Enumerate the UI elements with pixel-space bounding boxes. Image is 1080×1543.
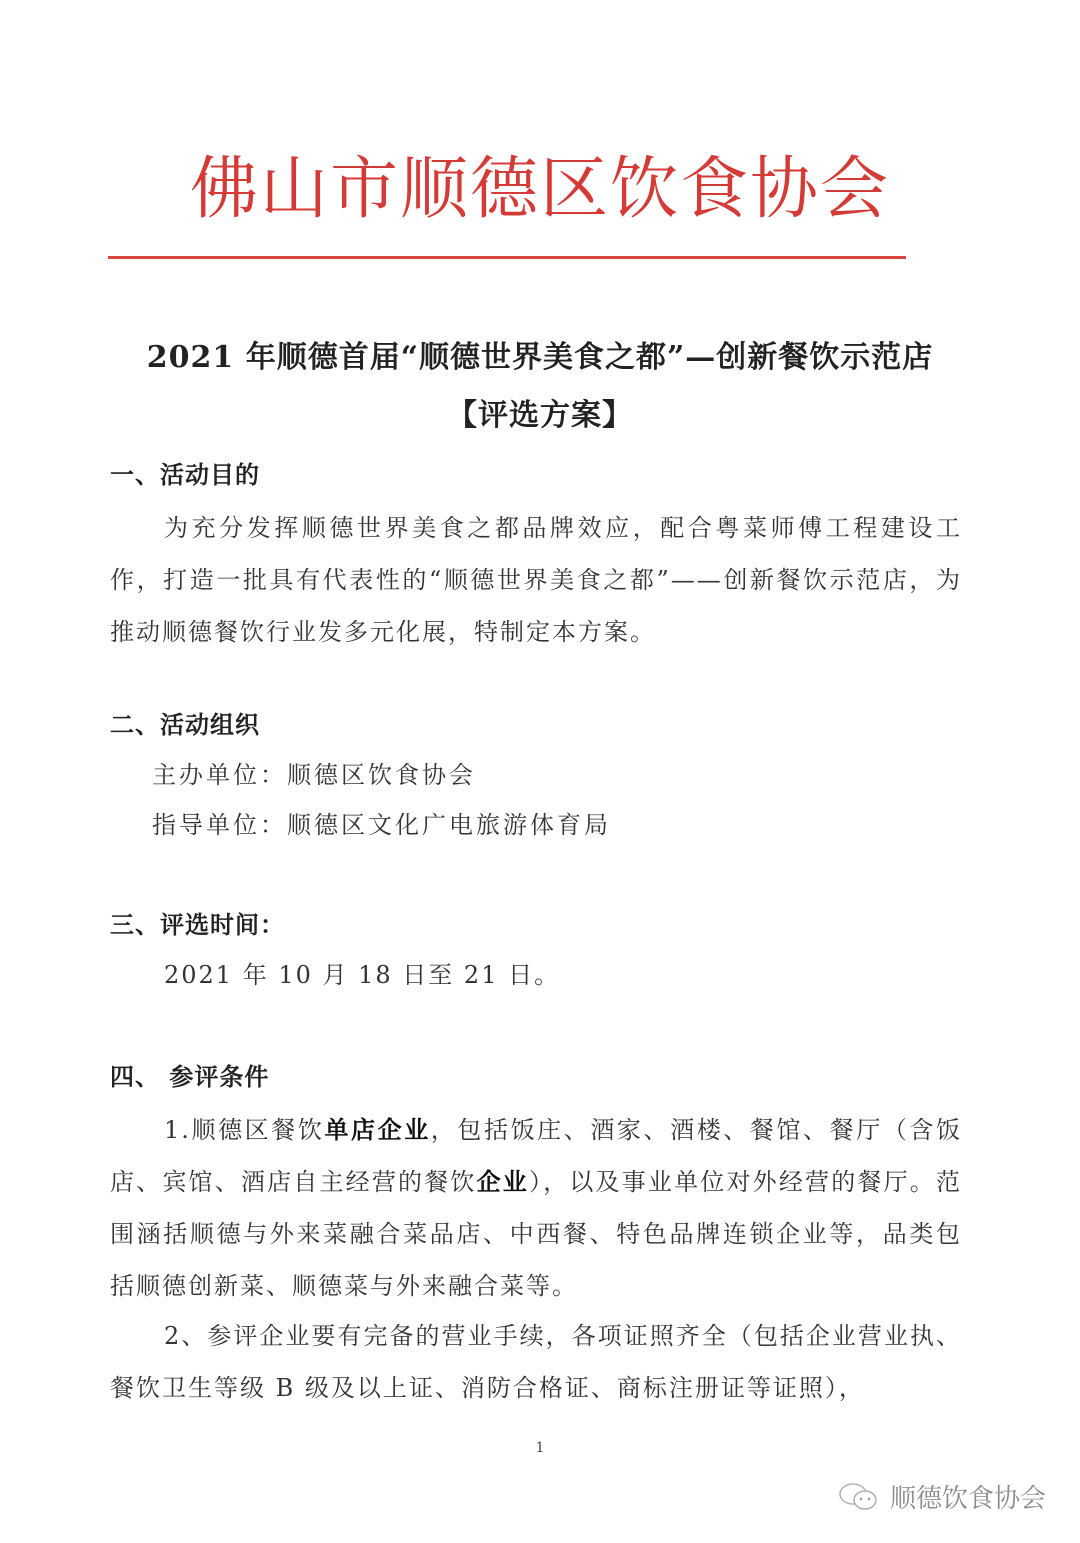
section-heading-purpose: 一、活动目的: [110, 458, 260, 492]
wechat-watermark: 顺德饮食协会: [838, 1478, 1046, 1515]
criteria-item-2: 2、参评企业要有完备的营业手续，各项证照齐全（包括企业营业执、餐饮卫生等级 B …: [110, 1310, 962, 1414]
wechat-icon: [838, 1481, 882, 1513]
watermark-text: 顺德饮食协会: [890, 1478, 1046, 1515]
selection-date: 2021 年 10 月 18 日至 21 日。: [164, 958, 560, 992]
organization-header: 佛山市顺德区饮食协会: [0, 140, 1080, 240]
document-subtitle: 【评选方案】: [0, 396, 1080, 436]
section-paragraph-purpose: 为充分发挥顺德世界美食之都品牌效应，配合粤菜师傅工程建设工作，打造一批具有代表性…: [110, 502, 962, 658]
header-divider: [108, 256, 906, 259]
organizer-line: 主办单位：顺德区饮食协会: [152, 758, 476, 792]
emphasis-enterprise: 企业: [477, 1167, 529, 1196]
supervisor-line: 指导单位：顺德区文化广电旅游体育局: [152, 808, 611, 842]
section-heading-organization: 二、活动组织: [110, 708, 260, 742]
page-number: 1: [0, 1440, 1080, 1456]
emphasis-single-store: 单店企业: [324, 1115, 430, 1144]
section-heading-time: 三、评选时间：: [110, 908, 285, 942]
section-heading-criteria: 四、 参评条件: [110, 1060, 269, 1094]
criteria-item-1-prefix: 1.顺德区餐饮: [164, 1116, 324, 1144]
criteria-item-1: 1.顺德区餐饮单店企业，包括饭庄、酒家、酒楼、餐馆、餐厅（含饭店、宾馆、酒店自主…: [110, 1104, 962, 1312]
document-title: 2021 年顺德首届“顺德世界美食之都”—创新餐饮示范店: [0, 338, 1080, 378]
